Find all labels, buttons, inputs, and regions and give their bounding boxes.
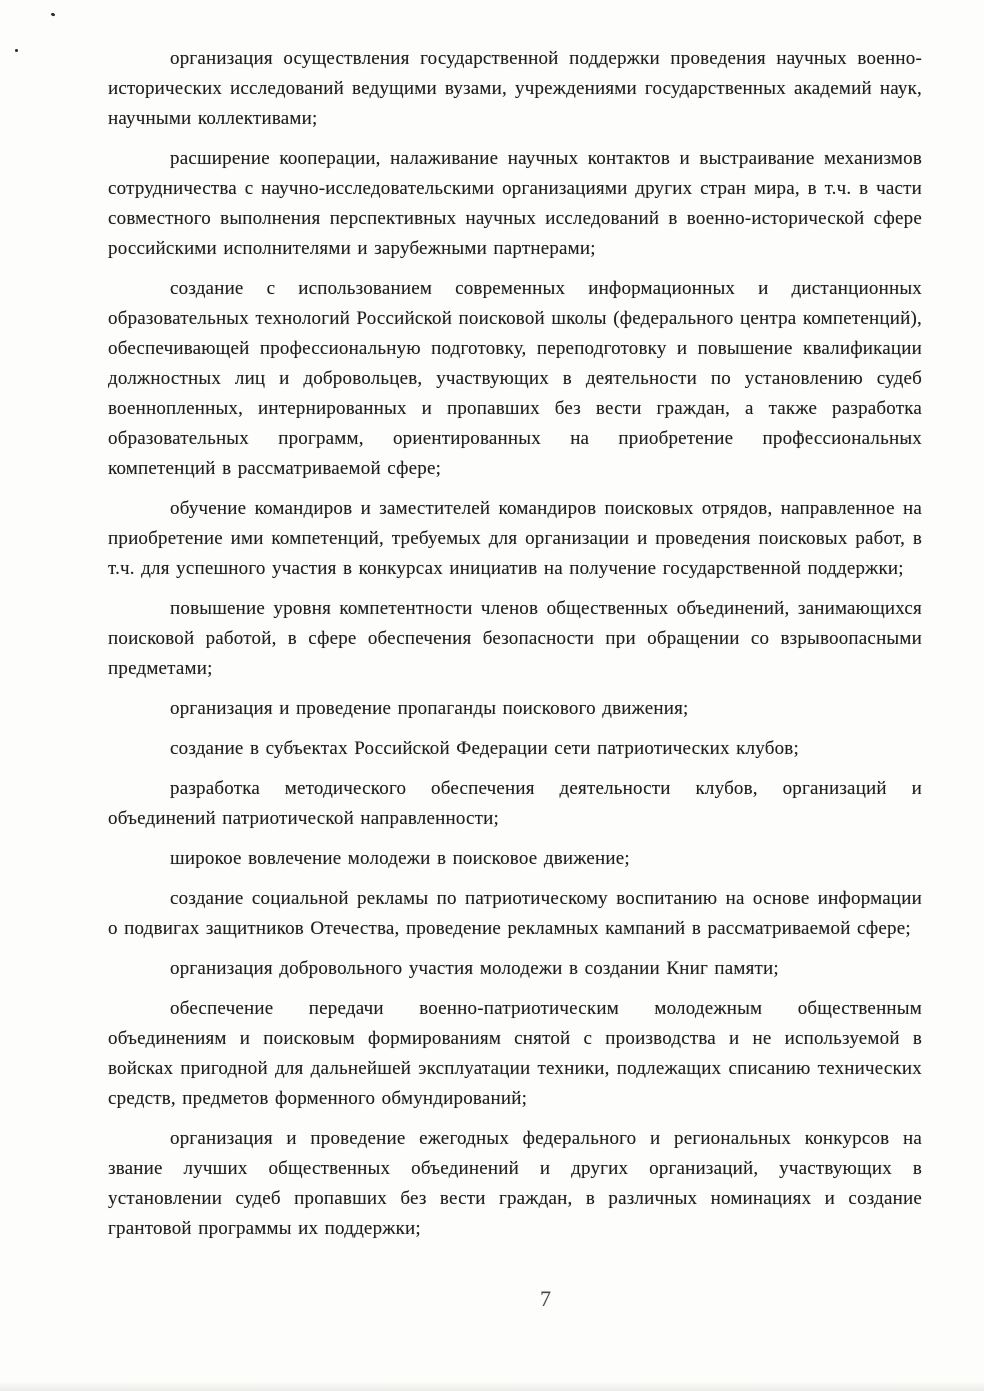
paragraph: создание в субъектах Российской Федераци… — [108, 734, 922, 764]
paragraph: создание с использованием современных ин… — [108, 274, 922, 484]
paragraph: создание социальной рекламы по патриотич… — [108, 884, 922, 944]
paragraph: организация и проведение пропаганды поис… — [108, 694, 922, 724]
paragraph: организация и проведение ежегодных федер… — [108, 1124, 922, 1244]
document-page: организация осуществления государственно… — [0, 0, 984, 1391]
paragraph: повышение уровня компетентности членов о… — [108, 594, 922, 684]
paragraph: широкое вовлечение молодежи в поисковое … — [108, 844, 922, 874]
paragraph: организация добровольного участия молоде… — [108, 954, 922, 984]
page-number: 7 — [540, 1286, 551, 1312]
paragraph: организация осуществления государственно… — [108, 44, 922, 134]
paragraph: разработка методического обеспечения дея… — [108, 774, 922, 834]
document-body: организация осуществления государственно… — [108, 44, 922, 1254]
paragraph: расширение кооперации, налаживание научн… — [108, 144, 922, 264]
scan-speck — [15, 49, 18, 52]
paragraph: обучение командиров и заместителей коман… — [108, 494, 922, 584]
scan-speck — [51, 12, 56, 16]
paragraph: обеспечение передачи военно-патриотическ… — [108, 994, 922, 1114]
scan-bottom-edge — [0, 1381, 984, 1391]
